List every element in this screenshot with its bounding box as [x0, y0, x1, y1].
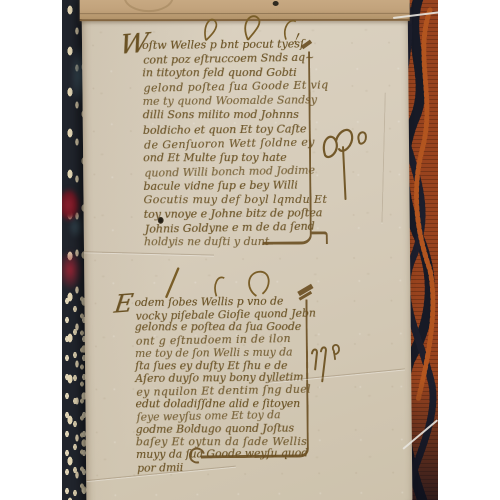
margin-amount-1: [318, 125, 369, 205]
ink-speck: [273, 1, 279, 6]
carpet-red-knots: [62, 246, 84, 294]
margin-amount-2: [307, 343, 341, 385]
crease-line: [84, 251, 214, 255]
parchment-hole: [158, 217, 164, 224]
paragraph-2-initial: E: [113, 290, 135, 316]
photograph: ! W oſtw Welles p bnt pocut tyesſcont po…: [62, 0, 438, 500]
stain-ring: [124, 0, 174, 12]
crease-line: [381, 93, 385, 223]
paragraph-1-bracket: [261, 51, 312, 244]
manuscript-leaf: ! W oſtw Welles p bnt pocut tyesſcont po…: [82, 0, 413, 500]
